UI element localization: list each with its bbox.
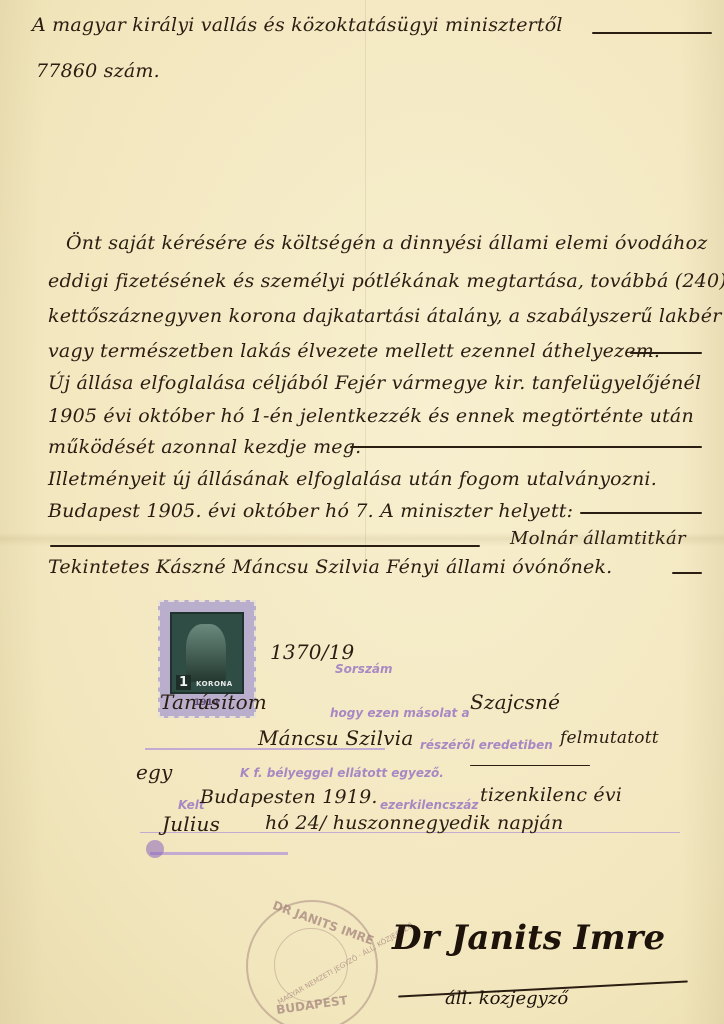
purple-stamp-text: hogy ezen másolat a [330,706,470,720]
addressee: Tekintetes Kászné Máncsu Szilvia Fényi á… [48,556,612,578]
purple-stamp-text: ezerkilencszáz [380,798,478,812]
body-line: eddigi fizetésének és személyi pótlékána… [48,270,724,292]
holder-surname: Szajcsné [470,690,560,714]
date-line: Budapest 1905. évi október hó 7. A minis… [48,500,573,522]
stamp-image: 1 KORONA [170,612,244,694]
stamp-value: 1 [176,675,191,690]
day-text: hó 24/ huszonnegyedik napján [265,812,563,834]
body-line: Illetményeit új állásának elfoglalása ut… [48,468,657,490]
certification-word: Tanúsítom [160,690,267,714]
notary-seal: DR JANITS IMRE MAGYAR NEMZETI JEGYZŐ · Á… [246,900,378,1024]
document-number: 77860 szám. [36,60,160,82]
year-in-words: tizenkilenc évi [480,784,622,806]
equestrian-statue-icon [186,624,226,682]
line-rule [470,765,590,766]
holder-name: Máncsu Szilvia [258,726,413,750]
ink-blot [146,840,164,858]
body-line: 1905 évi október hó 1-én jelentkezzék és… [48,405,694,427]
purple-stamp-text: K f. bélyeggel ellátott egyező. [240,766,444,780]
body-line: vagy természetben lakás élvezete mellett… [48,340,660,362]
presented-word: felmutatott [560,728,659,748]
line-rule [350,446,702,448]
line-rule [672,572,702,574]
register-number: 1370/19 [270,640,355,664]
signatory: Molnár államtitkár [510,528,686,549]
month: Julius [162,812,220,836]
purple-stamp-text: részéről eredetiben [420,738,553,752]
ministry-header: A magyar királyi vallás és közoktatásügy… [32,14,563,36]
notary-signature: Dr Janits Imre [392,918,665,958]
place-year: Budapesten 1919. [200,786,378,808]
body-line: kettőszáznegyven korona dajkatartási áta… [48,305,722,327]
notary-title: áll. közjegyző [445,988,568,1009]
body-line: Új állása elfoglalása céljából Fejér vár… [48,372,701,394]
header-rule [592,32,712,34]
count-word: egy [136,760,173,784]
line-rule [50,545,480,547]
stamp-currency: KORONA [196,680,233,688]
body-line: Önt saját kérésére és költségén a dinnyé… [66,232,707,254]
purple-rule [150,852,288,855]
body-line: működését azonnal kezdje meg. [48,436,361,458]
purple-stamp-header: Sorszám [335,662,393,676]
line-rule [580,512,702,514]
line-rule [630,352,702,354]
